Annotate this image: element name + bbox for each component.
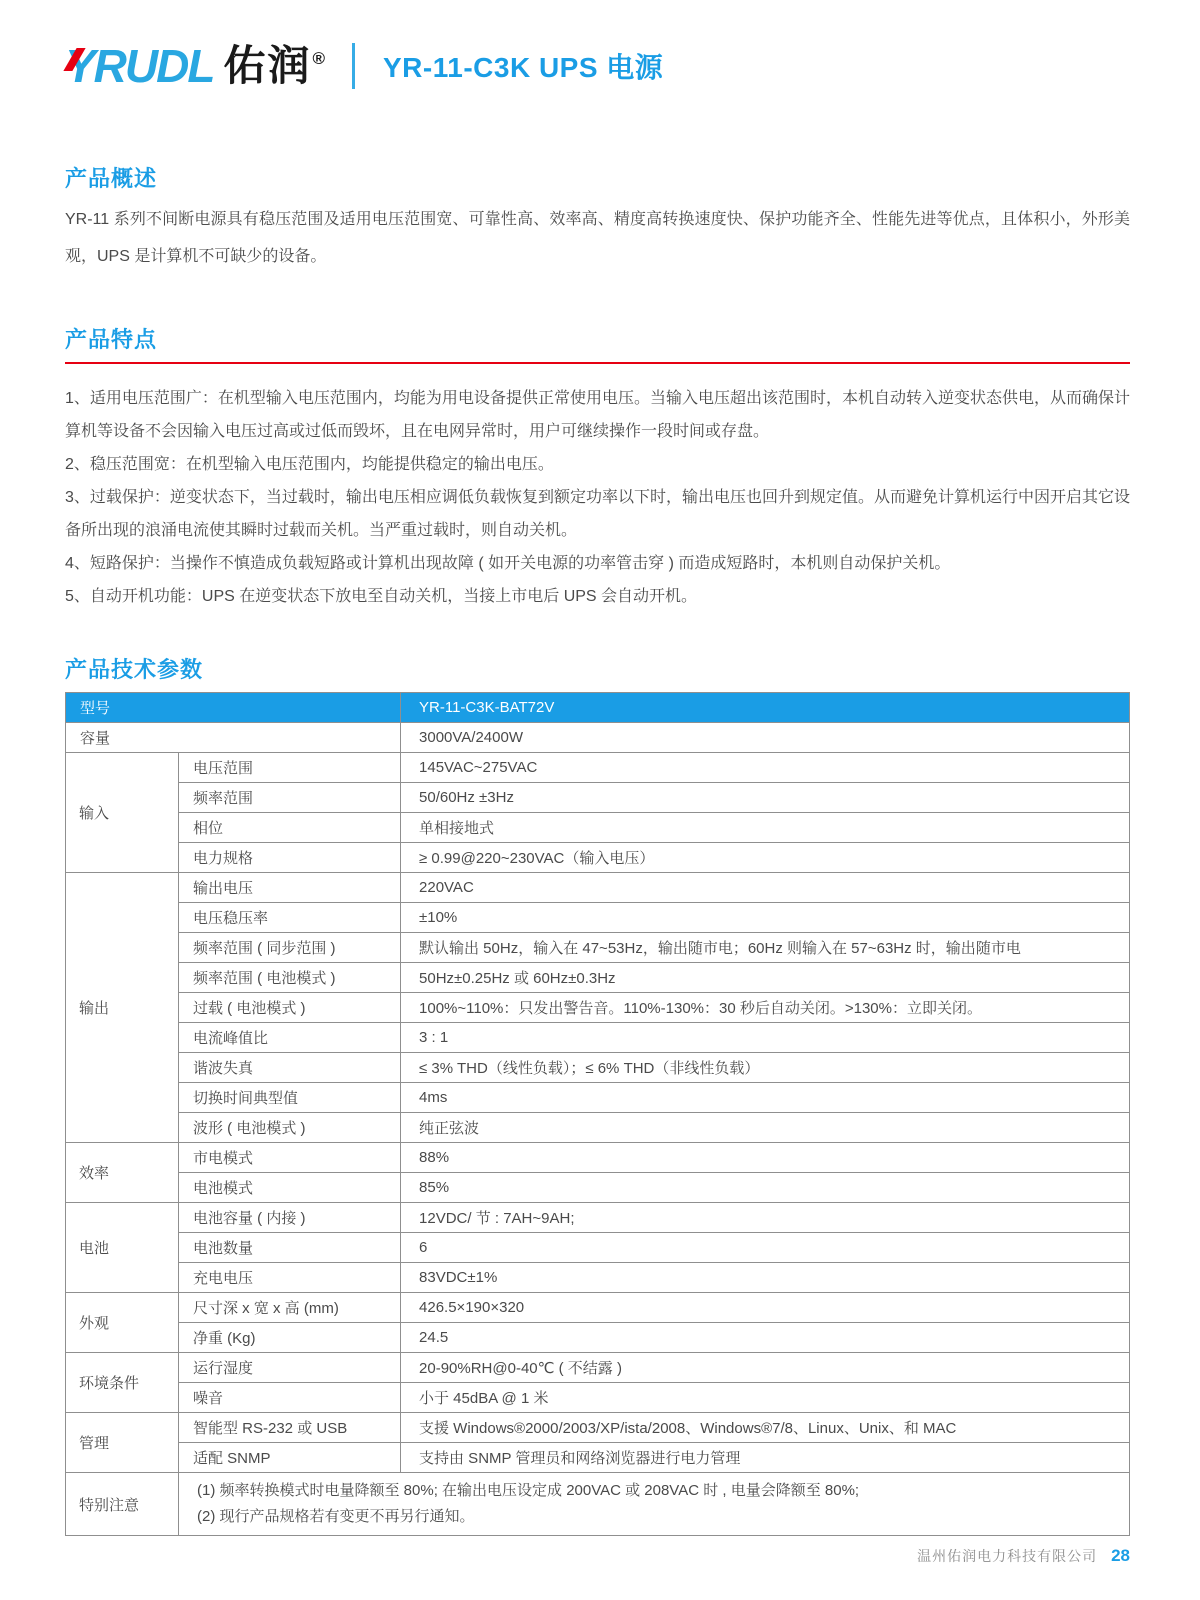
spec-row: 输出输出电压220VAC bbox=[66, 873, 1130, 903]
spec-label-cell: 智能型 RS-232 或 USB bbox=[179, 1413, 401, 1443]
page-footer: 温州佑润电力科技有限公司 28 bbox=[917, 1546, 1130, 1566]
spec-label-cell: 充电电压 bbox=[179, 1263, 401, 1293]
brand-logo: YRUDL bbox=[65, 43, 213, 89]
spec-value-cell: 单相接地式 bbox=[401, 813, 1130, 843]
spec-row: 波形 ( 电池模式 )纯正弦波 bbox=[66, 1113, 1130, 1143]
spec-label-cell: 电流峰值比 bbox=[179, 1023, 401, 1053]
features-list: 1、适用电压范围广：在机型输入电压范围内，均能为用电设备提供正常使用电压。当输入… bbox=[65, 382, 1130, 613]
spec-group-cell: 环境条件 bbox=[66, 1353, 179, 1413]
spec-row: 切换时间典型值4ms bbox=[66, 1083, 1130, 1113]
spec-value-cell: 100%~110%：只发出警告音。110%-130%：30 秒后自动关闭。>13… bbox=[401, 993, 1130, 1023]
spec-label-cell: 尺寸深 x 宽 x 高 (mm) bbox=[179, 1293, 401, 1323]
spec-value-cell: 支持由 SNMP 管理员和网络浏览器进行电力管理 bbox=[401, 1443, 1130, 1473]
spec-value-cell: 426.5×190×320 bbox=[401, 1293, 1130, 1323]
features-heading: 产品特点 bbox=[65, 323, 1130, 354]
footer-page-number: 28 bbox=[1111, 1546, 1130, 1566]
spec-row: 频率范围50/60Hz ±3Hz bbox=[66, 783, 1130, 813]
spec-row: 频率范围 ( 电池模式 )50Hz±0.25Hz 或 60Hz±0.3Hz bbox=[66, 963, 1130, 993]
specs-table: 型号 YR-11-C3K-BAT72V 容量3000VA/2400W输入电压范围… bbox=[65, 692, 1130, 1536]
spec-row: 谐波失真≤ 3% THD（线性负载）；≤ 6% THD（非线性负载） bbox=[66, 1053, 1130, 1083]
spec-row: 净重 (Kg)24.5 bbox=[66, 1323, 1130, 1353]
spec-label-cell: 相位 bbox=[179, 813, 401, 843]
spec-value-cell: 12VDC/ 节 : 7AH~9AH; bbox=[401, 1203, 1130, 1233]
feature-item-1: 1、适用电压范围广：在机型输入电压范围内，均能为用电设备提供正常使用电压。当输入… bbox=[65, 382, 1130, 448]
spec-row: 电压稳压率±10% bbox=[66, 903, 1130, 933]
spec-value-cell: 默认输出 50Hz，输入在 47~53Hz，输出随市电；60Hz 则输入在 57… bbox=[401, 933, 1130, 963]
spec-group-cell: 特别注意 bbox=[66, 1473, 179, 1536]
feature-item-4: 4、短路保护：当操作不慎造成负载短路或计算机出现故障 ( 如开关电源的功率管击穿… bbox=[65, 547, 1130, 580]
feature-item-5: 5、自动开机功能：UPS 在逆变状态下放电至自动关机，当接上市电后 UPS 会自… bbox=[65, 580, 1130, 613]
spec-value-cell: 小于 45dBA @ 1 米 bbox=[401, 1383, 1130, 1413]
spec-row: 电流峰值比3 : 1 bbox=[66, 1023, 1130, 1053]
spec-value-cell: 50/60Hz ±3Hz bbox=[401, 783, 1130, 813]
spec-label-cell: 频率范围 ( 电池模式 ) bbox=[179, 963, 401, 993]
spec-value-cell: 20-90%RH@0-40℃ ( 不结露 ) bbox=[401, 1353, 1130, 1383]
spec-value-cell: 4ms bbox=[401, 1083, 1130, 1113]
specs-table-body: 容量3000VA/2400W输入电压范围145VAC~275VAC频率范围50/… bbox=[66, 723, 1130, 1536]
spec-row: 适配 SNMP支持由 SNMP 管理员和网络浏览器进行电力管理 bbox=[66, 1443, 1130, 1473]
footer-company-name: 温州佑润电力科技有限公司 bbox=[917, 1546, 1097, 1566]
spec-label-cell: 市电模式 bbox=[179, 1143, 401, 1173]
registered-trademark-icon: ® bbox=[312, 49, 327, 68]
spec-value-cell: 50Hz±0.25Hz 或 60Hz±0.3Hz bbox=[401, 963, 1130, 993]
spec-value-cell: 88% bbox=[401, 1143, 1130, 1173]
spec-value-cell: 3000VA/2400W bbox=[401, 723, 1130, 753]
brand-logo-cjk: 佑润® bbox=[223, 45, 326, 87]
spec-value-cell: 145VAC~275VAC bbox=[401, 753, 1130, 783]
spec-value-cell: 6 bbox=[401, 1233, 1130, 1263]
spec-group-cell: 管理 bbox=[66, 1413, 179, 1473]
specs-heading: 产品技术参数 bbox=[65, 653, 1130, 684]
feature-item-3: 3、过载保护：逆变状态下，当过载时，输出电压相应调低负载恢复到额定功率以下时，输… bbox=[65, 481, 1130, 547]
spec-label-cell: 电池容量 ( 内接 ) bbox=[179, 1203, 401, 1233]
features-red-rule bbox=[65, 362, 1130, 364]
spec-row: 相位单相接地式 bbox=[66, 813, 1130, 843]
spec-label-cell: 电池数量 bbox=[179, 1233, 401, 1263]
spec-row: 容量3000VA/2400W bbox=[66, 723, 1130, 753]
specs-header-row: 型号 YR-11-C3K-BAT72V bbox=[66, 693, 1130, 723]
spec-row: 环境条件运行湿度20-90%RH@0-40℃ ( 不结露 ) bbox=[66, 1353, 1130, 1383]
spec-row: 电池数量6 bbox=[66, 1233, 1130, 1263]
spec-row: 特别注意(1) 频率转换模式时电量降额至 80%; 在输出电压设定成 200VA… bbox=[66, 1473, 1130, 1536]
overview-paragraph: YR-11 系列不间断电源具有稳压范围及适用电压范围宽、可靠性高、效率高、精度高… bbox=[65, 201, 1130, 275]
spec-group-cell: 效率 bbox=[66, 1143, 179, 1203]
spec-label-cell: 噪音 bbox=[179, 1383, 401, 1413]
spec-value-cell: 纯正弦波 bbox=[401, 1113, 1130, 1143]
spec-label-cell: 电压范围 bbox=[179, 753, 401, 783]
spec-group-cell: 电池 bbox=[66, 1203, 179, 1293]
spec-row: 电池电池容量 ( 内接 )12VDC/ 节 : 7AH~9AH; bbox=[66, 1203, 1130, 1233]
spec-value-cell: ±10% bbox=[401, 903, 1130, 933]
spec-row: 频率范围 ( 同步范围 )默认输出 50Hz，输入在 47~53Hz，输出随市电… bbox=[66, 933, 1130, 963]
product-title: YR-11-C3K UPS 电源 bbox=[383, 46, 663, 86]
spec-value-cell: 83VDC±1% bbox=[401, 1263, 1130, 1293]
spec-row: 噪音小于 45dBA @ 1 米 bbox=[66, 1383, 1130, 1413]
spec-value-cell: (1) 频率转换模式时电量降额至 80%; 在输出电压设定成 200VAC 或 … bbox=[179, 1473, 1130, 1536]
spec-group-cell: 输入 bbox=[66, 753, 179, 873]
spec-value-cell: ≥ 0.99@220~230VAC（输入电压） bbox=[401, 843, 1130, 873]
spec-label-cell: 电压稳压率 bbox=[179, 903, 401, 933]
spec-row: 效率市电模式88% bbox=[66, 1143, 1130, 1173]
spec-group-cell: 外观 bbox=[66, 1293, 179, 1353]
spec-value-cell: 24.5 bbox=[401, 1323, 1130, 1353]
spec-value-cell: ≤ 3% THD（线性负载）；≤ 6% THD（非线性负载） bbox=[401, 1053, 1130, 1083]
spec-label-cell: 过载 ( 电池模式 ) bbox=[179, 993, 401, 1023]
spec-label-cell: 切换时间典型值 bbox=[179, 1083, 401, 1113]
spec-label-cell: 适配 SNMP bbox=[179, 1443, 401, 1473]
spec-label-cell: 电池模式 bbox=[179, 1173, 401, 1203]
spec-label-cell: 频率范围 bbox=[179, 783, 401, 813]
header-divider bbox=[352, 43, 355, 89]
spec-row: 充电电压83VDC±1% bbox=[66, 1263, 1130, 1293]
spec-group-cell: 输出 bbox=[66, 873, 179, 1143]
spec-label-cell: 谐波失真 bbox=[179, 1053, 401, 1083]
spec-value-cell: 3 : 1 bbox=[401, 1023, 1130, 1053]
feature-item-2: 2、稳压范围宽：在机型输入电压范围内，均能提供稳定的输出电压。 bbox=[65, 448, 1130, 481]
spec-label-cell: 容量 bbox=[66, 723, 401, 753]
spec-row: 过载 ( 电池模式 )100%~110%：只发出警告音。110%-130%：30… bbox=[66, 993, 1130, 1023]
spec-row: 电池模式85% bbox=[66, 1173, 1130, 1203]
spec-value-line: (1) 频率转换模式时电量降额至 80%; 在输出电压设定成 200VAC 或 … bbox=[197, 1478, 1119, 1504]
spec-row: 管理智能型 RS-232 或 USB支援 Windows®2000/2003/X… bbox=[66, 1413, 1130, 1443]
overview-heading: 产品概述 bbox=[65, 162, 1130, 193]
spec-value-line: (2) 现行产品规格若有变更不再另行通知。 bbox=[197, 1504, 1119, 1530]
spec-label-cell: 净重 (Kg) bbox=[179, 1323, 401, 1353]
spec-value-cell: 220VAC bbox=[401, 873, 1130, 903]
spec-label-cell: 波形 ( 电池模式 ) bbox=[179, 1113, 401, 1143]
brand-logo-text: YRUDL bbox=[65, 40, 213, 92]
spec-row: 外观尺寸深 x 宽 x 高 (mm)426.5×190×320 bbox=[66, 1293, 1130, 1323]
page-header: YRUDL 佑润® YR-11-C3K UPS 电源 bbox=[65, 36, 1130, 96]
model-header-cell: 型号 bbox=[66, 693, 401, 723]
spec-label-cell: 运行湿度 bbox=[179, 1353, 401, 1383]
spec-value-cell: 支援 Windows®2000/2003/XP/ista/2008、Window… bbox=[401, 1413, 1130, 1443]
spec-label-cell: 输出电压 bbox=[179, 873, 401, 903]
page-content: 产品概述 YR-11 系列不间断电源具有稳压范围及适用电压范围宽、可靠性高、效率… bbox=[65, 162, 1130, 1536]
spec-row: 电力规格≥ 0.99@220~230VAC（输入电压） bbox=[66, 843, 1130, 873]
spec-row: 输入电压范围145VAC~275VAC bbox=[66, 753, 1130, 783]
model-value-cell: YR-11-C3K-BAT72V bbox=[401, 693, 1130, 723]
spec-value-cell: 85% bbox=[401, 1173, 1130, 1203]
spec-label-cell: 电力规格 bbox=[179, 843, 401, 873]
datasheet-page: { "header": { "logo_text": "YRUDL", "log… bbox=[0, 0, 1200, 1600]
spec-label-cell: 频率范围 ( 同步范围 ) bbox=[179, 933, 401, 963]
